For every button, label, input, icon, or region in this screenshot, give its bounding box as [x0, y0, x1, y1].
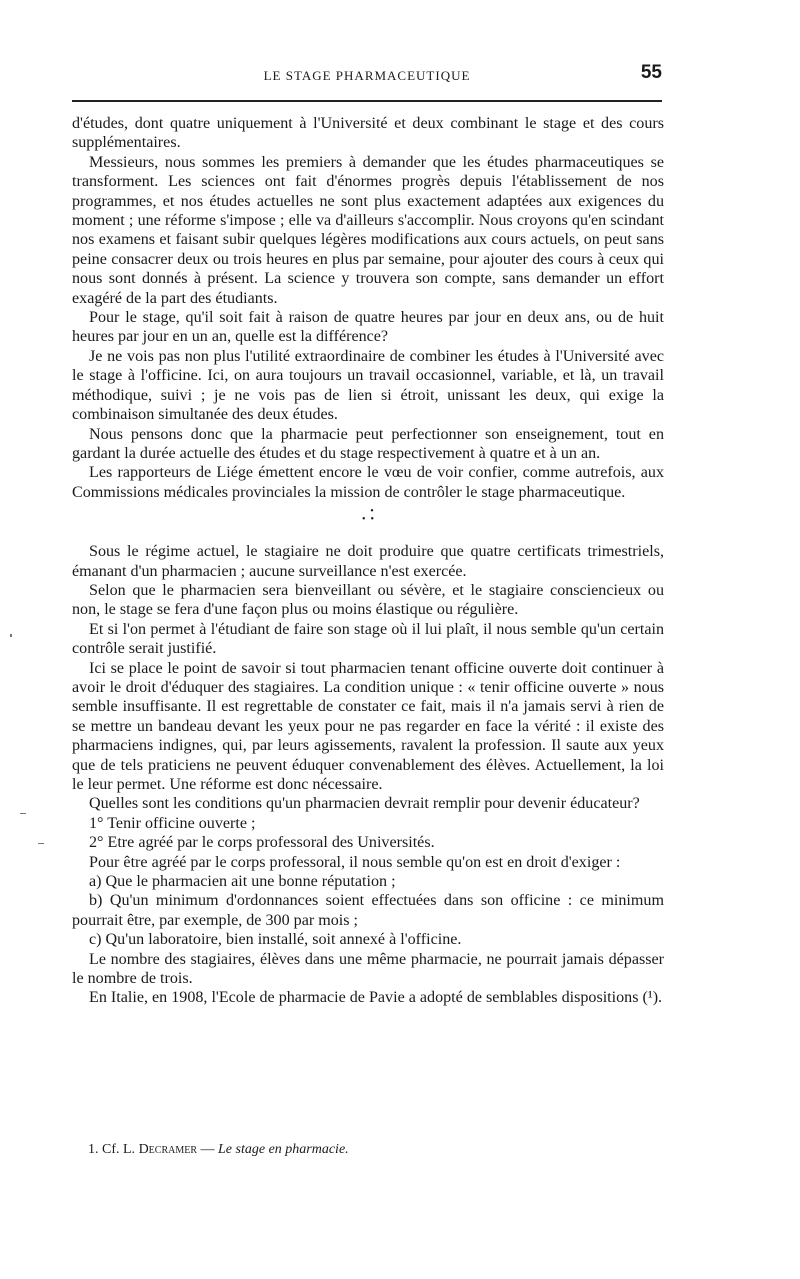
- list-item: 2° Etre agréé par le corps professoral d…: [72, 833, 664, 852]
- header-rule: [72, 100, 662, 102]
- paragraph: Les rapporteurs de Liége émettent encore…: [72, 463, 664, 502]
- list-item: b) Qu'un minimum d'ordonnances soient ef…: [72, 891, 664, 930]
- section-break-asterism: • • •: [72, 502, 664, 542]
- footnote-number: 1. Cf. L.: [88, 1142, 135, 1157]
- footnote-reference: (¹).: [643, 989, 663, 1006]
- paragraph: Selon que le pharmacien sera bienveillan…: [72, 581, 664, 620]
- paragraph: En Italie, en 1908, l'Ecole de pharmacie…: [72, 988, 664, 1007]
- paragraph: Pour le stage, qu'il soit fait à raison …: [72, 308, 664, 347]
- page-header: LE STAGE PHARMACEUTIQUE 55: [72, 62, 662, 92]
- paragraph: Quelles sont les conditions qu'un pharma…: [72, 794, 664, 813]
- paragraph: Et si l'on permet à l'étudiant de faire …: [72, 620, 664, 659]
- paragraph: Sous le régime actuel, le stagiaire ne d…: [72, 542, 664, 581]
- footnote-separator: —: [197, 1142, 218, 1157]
- body-text: d'études, dont quatre uniquement à l'Uni…: [72, 114, 664, 1008]
- running-title: LE STAGE PHARMACEUTIQUE: [72, 68, 662, 84]
- margin-dash: [20, 813, 26, 814]
- margin-dash: [38, 843, 44, 844]
- footnote-author: Decramer: [139, 1142, 197, 1157]
- footnote-title: Le stage en pharmacie.: [218, 1142, 349, 1157]
- paragraph: Messieurs, nous sommes les premiers à de…: [72, 153, 664, 308]
- page-number: 55: [641, 62, 662, 84]
- paragraph: Nous pensons donc que la pharmacie peut …: [72, 425, 664, 464]
- margin-speck: [10, 634, 12, 637]
- paragraph: Je ne vois pas non plus l'utilité extrao…: [72, 347, 664, 425]
- paragraph: Ici se place le point de savoir si tout …: [72, 659, 664, 795]
- paragraph: d'études, dont quatre uniquement à l'Uni…: [72, 114, 664, 153]
- list-item: 1° Tenir officine ouverte ;: [72, 814, 664, 833]
- asterism-bottom-dots: • •: [72, 516, 664, 524]
- list-item: c) Qu'un laboratoire, bien installé, soi…: [72, 930, 664, 949]
- paragraph-text: En Italie, en 1908, l'Ecole de pharmacie…: [89, 989, 638, 1006]
- paragraph: Pour être agréé par le corps professoral…: [72, 853, 664, 872]
- footnote: 1. Cf. L. Decramer — Le stage en pharmac…: [88, 1142, 349, 1158]
- paragraph: Le nombre des stagiaires, élèves dans un…: [72, 950, 664, 989]
- list-item: a) Que le pharmacien ait une bonne réput…: [72, 872, 664, 891]
